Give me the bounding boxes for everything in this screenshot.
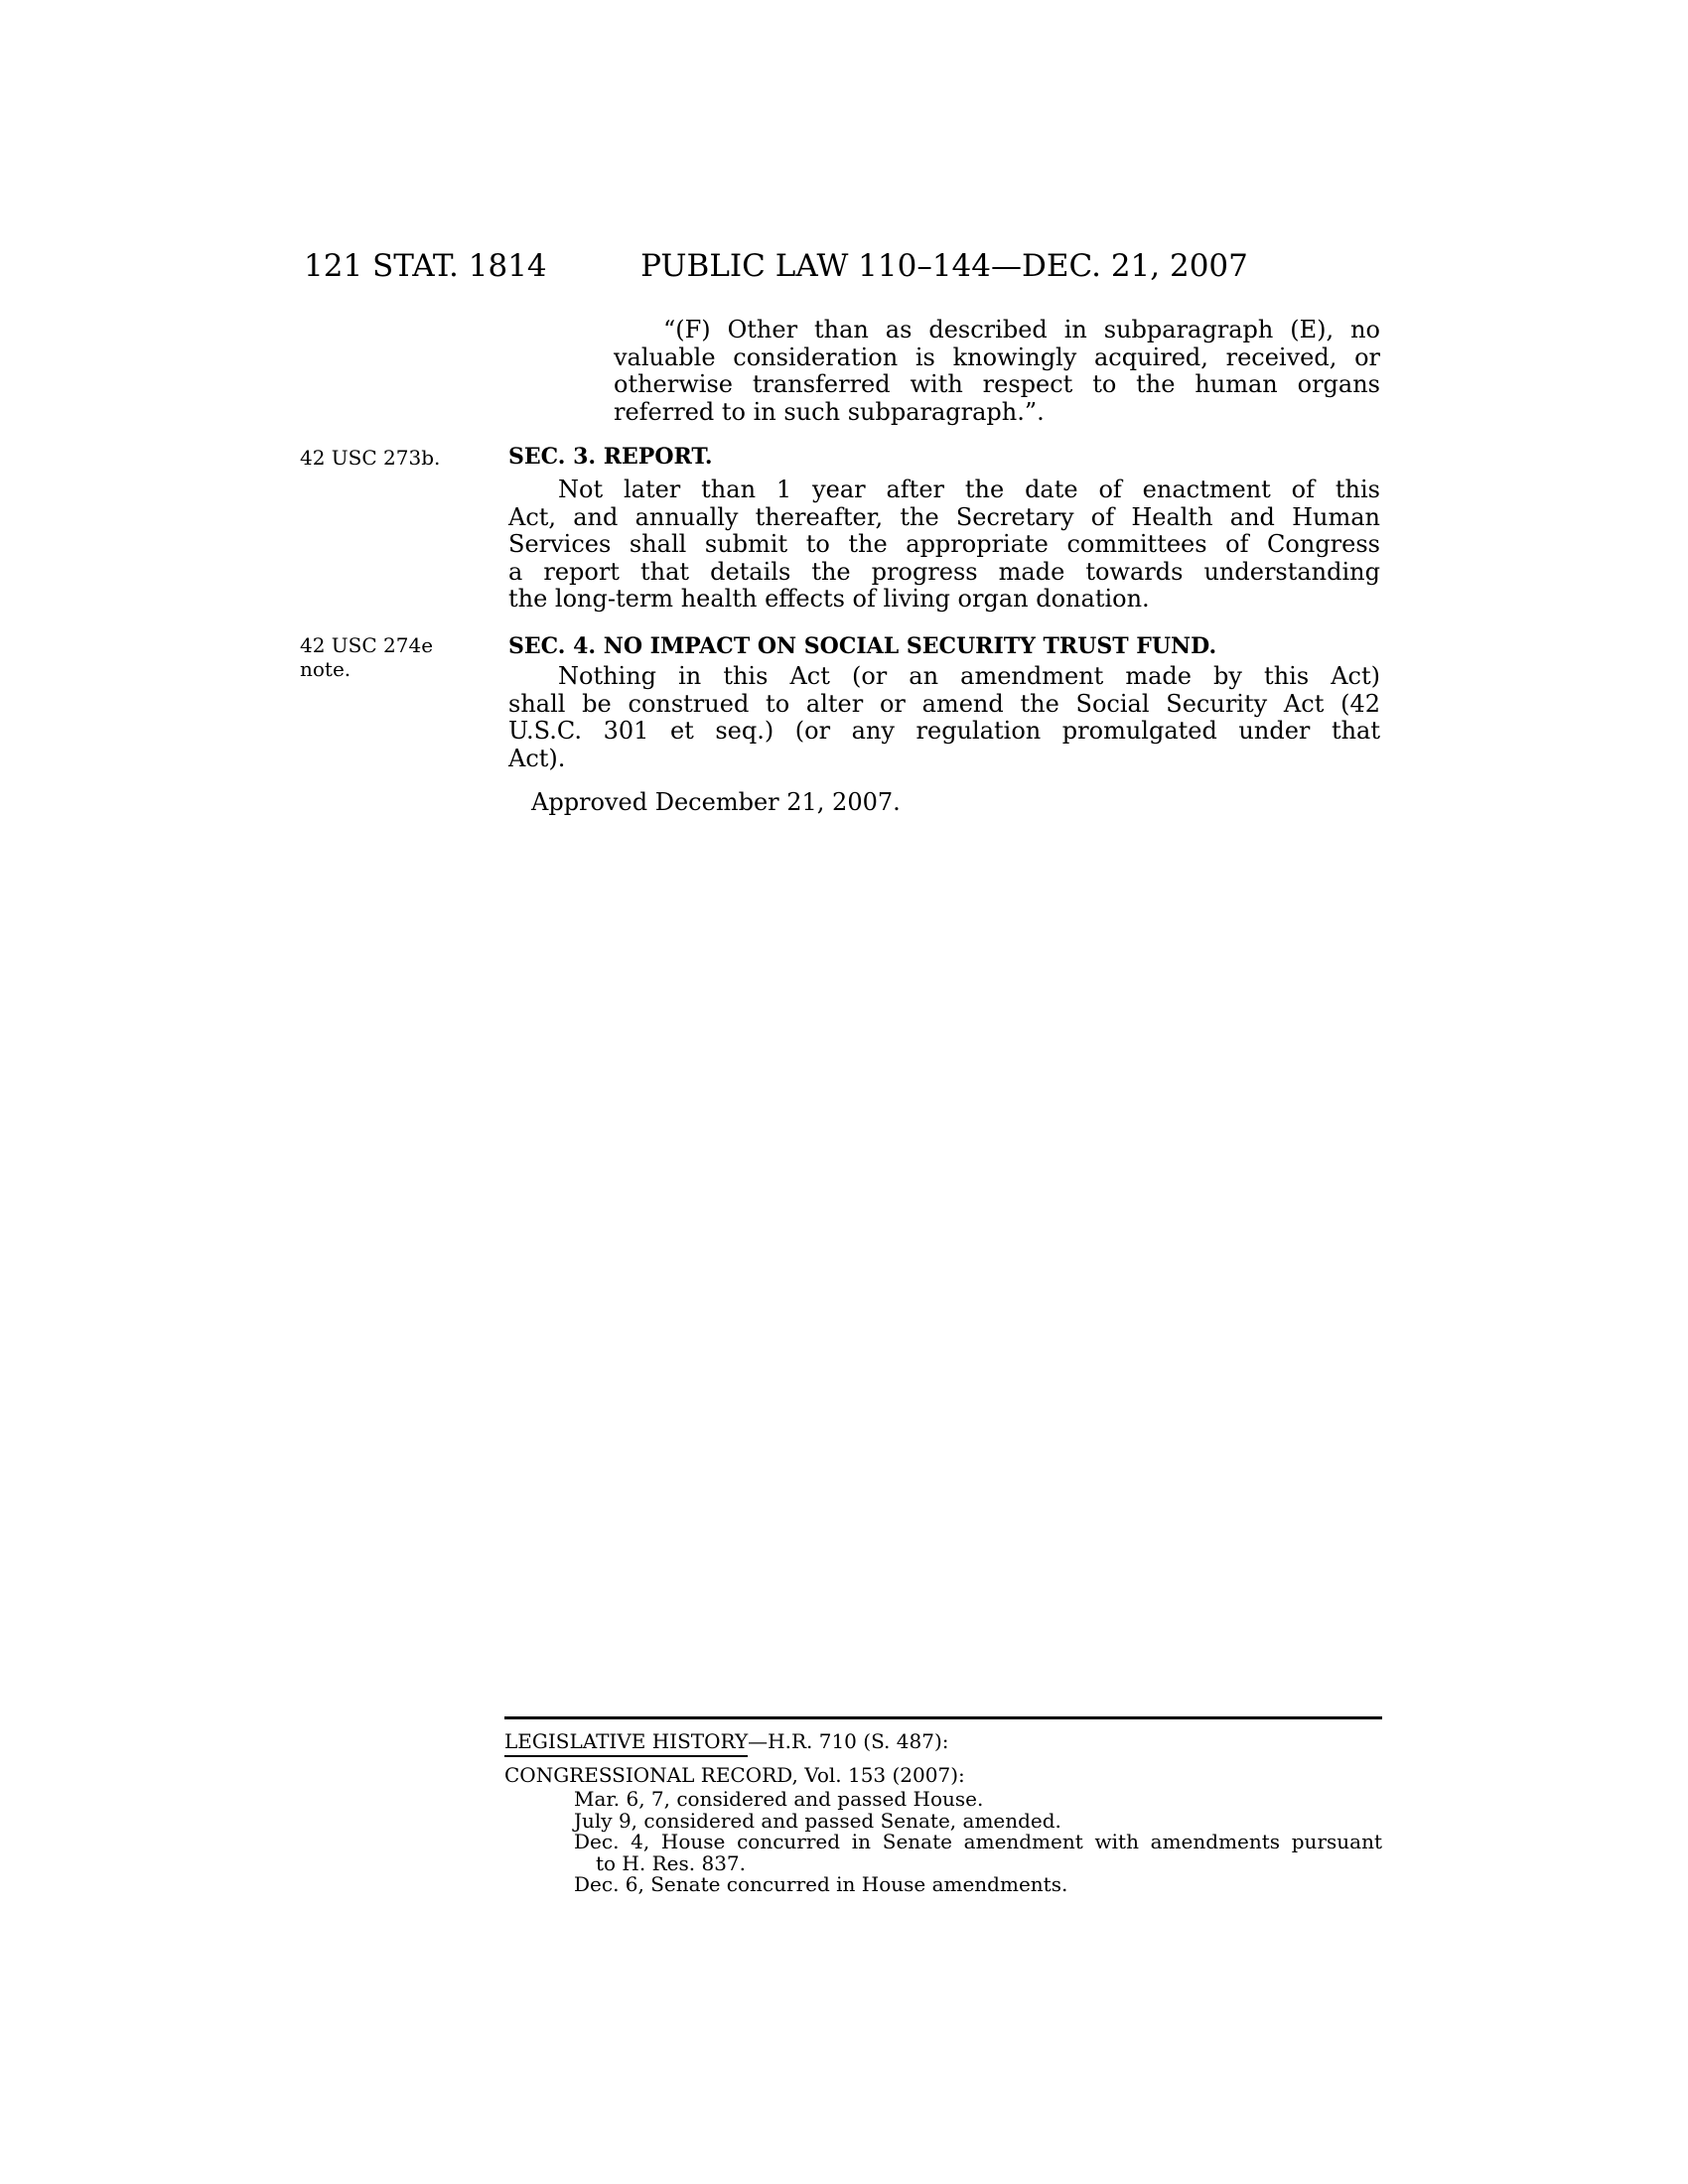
text-line: Act). [508,746,1380,773]
text-line: a report that details the progress made … [508,559,1380,587]
text-line: Mar. 6, 7, considered and passed House. [574,1789,1382,1811]
text-line: note. [300,657,498,681]
text-line: Nothing in this Act (or an amendment mad… [508,663,1380,691]
section-4-paragraph: Nothing in this Act (or an amendment mad… [508,663,1380,772]
text-line: Not later than 1 year after the date of … [508,477,1380,504]
margin-note-42-usc-273b: 42 USC 273b. [300,446,498,470]
text-line: Dec. 4, House concurred in Senate amendm… [574,1832,1382,1853]
legislative-history-heading: LEGISLATIVE HISTORY—H.R. 710 (S. 487): [504,1730,1382,1752]
statute-page: 121 STAT. 1814 PUBLIC LAW 110–144—DEC. 2… [0,0,1688,2184]
section-3-paragraph: Not later than 1 year after the date of … [508,477,1380,614]
public-law-header: PUBLIC LAW 110–144—DEC. 21, 2007 [508,248,1380,284]
text-line: shall be construed to alter or amend the… [508,691,1380,719]
text-line: Services shall submit to the appropriate… [508,531,1380,559]
section-4-heading: SEC. 4. NO IMPACT ON SOCIAL SECURITY TRU… [508,633,1380,659]
text-line: valuable consideration is knowingly acqu… [614,344,1380,372]
legislative-history-block: LEGISLATIVE HISTORY—H.R. 710 (S. 487): C… [504,1716,1382,1896]
text-line: Act, and annually thereafter, the Secret… [508,504,1380,532]
text-line: U.S.C. 301 et seq.) (or any regulation p… [508,718,1380,746]
history-entry: July 9, considered and passed Senate, am… [574,1811,1382,1833]
text-line: Dec. 6, Senate concurred in House amendm… [574,1874,1382,1896]
congressional-record-heading: CONGRESSIONAL RECORD, Vol. 153 (2007): [504,1764,1382,1786]
text-line: “(F) Other than as described in subparag… [614,317,1380,344]
text-line: to H. Res. 837. [574,1853,1382,1875]
legislative-history-bill-numbers: —H.R. 710 (S. 487): [748,1729,948,1753]
text-line: otherwise transferred with respect to th… [614,371,1380,399]
history-entry: Mar. 6, 7, considered and passed House. [574,1789,1382,1811]
history-entry: Dec. 4, House concurred in Senate amendm… [574,1832,1382,1874]
footer-divider-rule [504,1716,1382,1719]
text-line: referred to in such subparagraph.”. [614,399,1380,427]
subparagraph-f: “(F) Other than as described in subparag… [614,317,1380,426]
approved-line: Approved December 21, 2007. [531,788,901,816]
history-entries: Mar. 6, 7, considered and passed House.J… [574,1789,1382,1896]
margin-note-42-usc-274e: 42 USC 274enote. [300,633,498,681]
legislative-history-title: LEGISLATIVE HISTORY [504,1729,748,1757]
history-entry: Dec. 6, Senate concurred in House amendm… [574,1874,1382,1896]
text-line: 42 USC 274e [300,633,498,657]
text-line: the long-term health effects of living o… [508,586,1380,614]
text-line: July 9, considered and passed Senate, am… [574,1811,1382,1833]
section-3-heading: SEC. 3. REPORT. [508,444,1380,470]
